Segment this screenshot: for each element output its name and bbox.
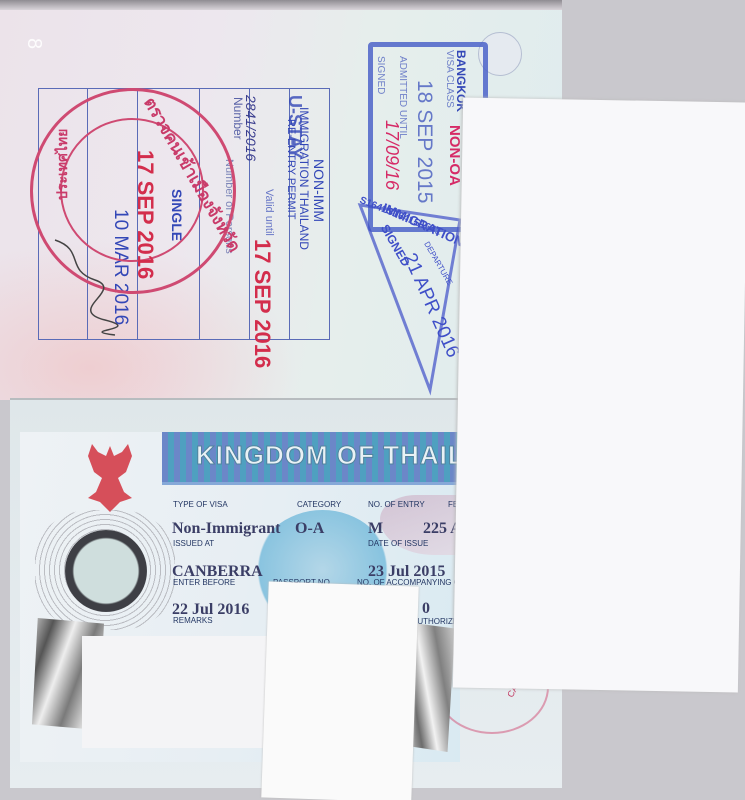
- signature-scribble: [45, 230, 125, 340]
- reentry-header-1: NON-IMM: [311, 159, 327, 222]
- thai-stamp-date: 17 SEP 2016: [132, 150, 158, 279]
- handwritten-until-date: 17/09/16: [381, 120, 402, 190]
- admission-signed-label: SIGNED: [375, 56, 386, 94]
- handwritten-permit-number: 2841/2016: [243, 95, 259, 161]
- valid-until-label: Valid until: [263, 189, 275, 236]
- type-of-visa-label: TYPE OF VISA: [173, 500, 228, 509]
- category-value: O-A: [295, 520, 324, 538]
- enter-before-label: ENTER BEFORE: [173, 578, 235, 587]
- redaction-paper-left: [82, 636, 272, 748]
- handwritten-visa-class: NON-OA: [446, 125, 463, 186]
- admission-visa-class-label: VISA CLASS: [444, 50, 455, 108]
- admitted-until-date: 18 SEP 2015: [412, 80, 436, 203]
- hologram-seal: [65, 530, 147, 612]
- valid-until-date: 17 SEP 2016: [249, 239, 275, 368]
- accompanying-children-value: 0: [422, 600, 430, 618]
- date-of-issue-label: DATE OF ISSUE: [368, 539, 428, 548]
- category-label: CATEGORY: [297, 500, 341, 509]
- no-of-entry-value: M: [368, 520, 383, 538]
- no-of-entry-label: NO. OF ENTRY: [368, 500, 425, 509]
- remarks-label: REMARKS: [173, 616, 213, 625]
- garuda-emblem-icon: [70, 442, 150, 516]
- redaction-paper-right: [453, 98, 745, 693]
- page-number: 8: [22, 38, 45, 49]
- ustay-stamp: U-STAY: [284, 95, 305, 159]
- type-of-visa-value: Non-Immigrant: [172, 520, 280, 538]
- issued-at-label: ISSUED AT: [173, 539, 214, 548]
- thai-stamp-bottom-text: ประเทศไทย: [52, 129, 74, 200]
- redaction-paper-center: [261, 581, 418, 800]
